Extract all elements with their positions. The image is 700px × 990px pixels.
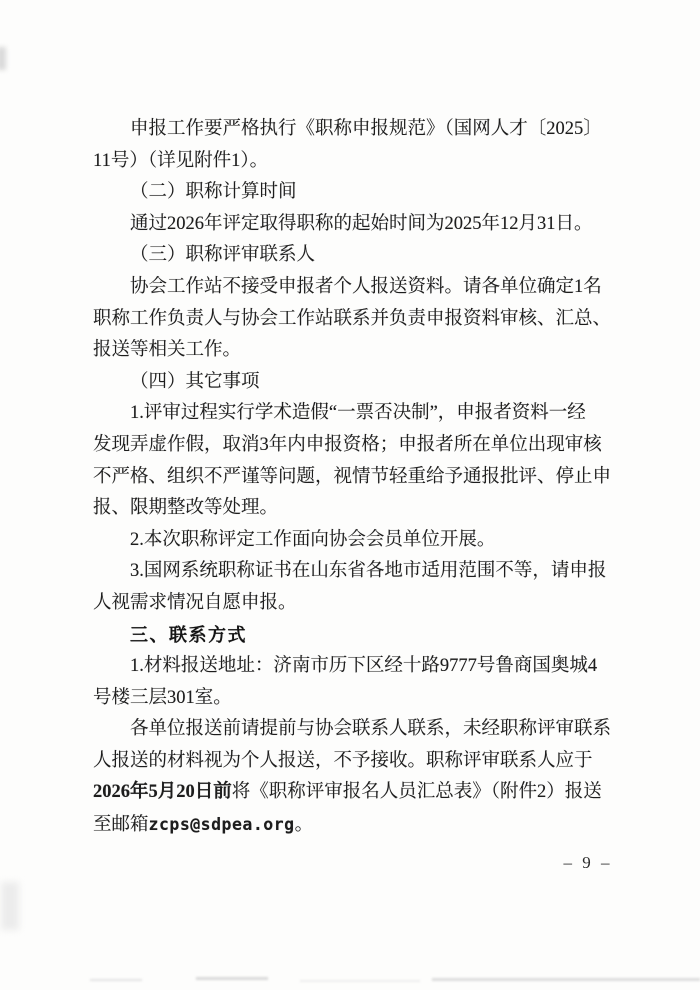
- text-segment: 。: [295, 815, 314, 835]
- text-line: 11号）（详见附件1）。: [93, 146, 614, 178]
- text-segment: 三、联系方式: [130, 625, 247, 645]
- text-segment: （三）职称评审联系人: [130, 245, 315, 265]
- text-line: 各单位报送前请提前与协会联系人联系，未经职称评审联系: [93, 714, 614, 746]
- text-line: （四）其它事项: [93, 367, 614, 399]
- text-segment: 人视需求情况自愿申报。: [93, 593, 297, 613]
- text-segment: 报、限期整改等处理。: [93, 498, 278, 518]
- text-segment: 通过2026年评定取得职称的起始时间为2025年12月31日。: [130, 214, 593, 234]
- scan-artifact-streak: [196, 977, 268, 980]
- text-line: 通过2026年评定取得职称的起始时间为2025年12月31日。: [93, 209, 614, 241]
- text-line: 人报送的材料视为个人报送，不予接收。职称评审联系人应于: [93, 746, 614, 778]
- text-line: 报送等相关工作。: [93, 335, 614, 367]
- text-segment: 职称工作负责人与协会工作站联系并负责申报资料审核、汇总、: [93, 309, 611, 329]
- text-line: 2.本次职称评定工作面向协会会员单位开展。: [93, 525, 614, 557]
- text-segment: 人报送的材料视为个人报送，不予接收。职称评审联系人应于: [93, 751, 593, 771]
- document-page: 申报工作要严格执行《职称申报规范》（国网人才〔2025〕11号）（详见附件1）。…: [0, 0, 700, 990]
- text-line: 1.材料报送地址：济南市历下区经十路9777号鲁商国奥城4: [93, 651, 614, 683]
- scan-artifact-streak: [432, 978, 700, 981]
- text-segment: 至邮箱: [93, 815, 149, 835]
- text-segment: （二）职称计算时间: [130, 182, 297, 202]
- document-lines: 申报工作要严格执行《职称申报规范》（国网人才〔2025〕11号）（详见附件1）。…: [93, 114, 614, 841]
- text-segment: zcps@sdpea.org: [149, 815, 295, 834]
- scan-artifact-smudge: [1, 882, 19, 930]
- text-segment: 发现弄虚作假，取消3年内申报资格；申报者所在单位出现审核: [93, 435, 602, 455]
- text-line: 不严格、组织不严谨等问题，视情节轻重给予通报批评、停止申: [93, 462, 614, 494]
- text-line: 职称工作负责人与协会工作站联系并负责申报资料审核、汇总、: [93, 304, 614, 336]
- text-line: （二）职称计算时间: [93, 177, 614, 209]
- text-segment: 3.国网系统职称证书在山东省各地市适用范围不等，请申报: [130, 561, 606, 581]
- text-line: 人视需求情况自愿申报。: [93, 588, 614, 620]
- text-line: （三）职称评审联系人: [93, 240, 614, 272]
- text-line: 3.国网系统职称证书在山东省各地市适用范围不等，请申报: [93, 556, 614, 588]
- scan-artifact-streak: [300, 980, 420, 982]
- text-line: 1.评审过程实行学术造假“一票否决制”，申报者资料一经: [93, 398, 614, 430]
- text-segment: 将《职称评审报名人员汇总表》（附件2）报送: [232, 782, 602, 802]
- scan-artifact-streak: [90, 979, 142, 981]
- page-number: – 9 –: [548, 853, 628, 873]
- text-segment: 不严格、组织不严谨等问题，视情节轻重给予通报批评、停止申: [93, 467, 611, 487]
- text-line: 三、联系方式: [93, 620, 614, 652]
- text-segment: 号楼三层301室。: [93, 688, 232, 708]
- text-line: 至邮箱zcps@sdpea.org。: [93, 809, 614, 841]
- text-segment: 2.本次职称评定工作面向协会会员单位开展。: [130, 530, 495, 550]
- text-segment: 1.材料报送地址：济南市历下区经十路9777号鲁商国奥城4: [130, 656, 597, 676]
- scan-artifact-smudge: [0, 47, 6, 70]
- text-line: 号楼三层301室。: [93, 683, 614, 715]
- text-segment: 各单位报送前请提前与协会联系人联系，未经职称评审联系: [130, 719, 611, 739]
- text-segment: 申报工作要严格执行《职称申报规范》（国网人才〔2025〕: [130, 119, 602, 139]
- text-line: 发现弄虚作假，取消3年内申报资格；申报者所在单位出现审核: [93, 430, 614, 462]
- text-line: 协会工作站不接受申报者个人报送资料。请各单位确定1名: [93, 272, 614, 304]
- text-segment: （四）其它事项: [130, 372, 260, 392]
- text-line: 2026年5月20日前将《职称评审报名人员汇总表》（附件2）报送: [93, 777, 614, 809]
- text-line: 报、限期整改等处理。: [93, 493, 614, 525]
- text-segment: 报送等相关工作。: [93, 340, 241, 360]
- text-segment: 11号）（详见附件1）。: [93, 151, 268, 171]
- text-segment: 协会工作站不接受申报者个人报送资料。请各单位确定1名: [130, 277, 602, 297]
- text-segment: 1.评审过程实行学术造假“一票否决制”，申报者资料一经: [130, 403, 586, 423]
- text-segment: 2026年5月20日前: [93, 782, 232, 802]
- text-line: 申报工作要严格执行《职称申报规范》（国网人才〔2025〕: [93, 114, 614, 146]
